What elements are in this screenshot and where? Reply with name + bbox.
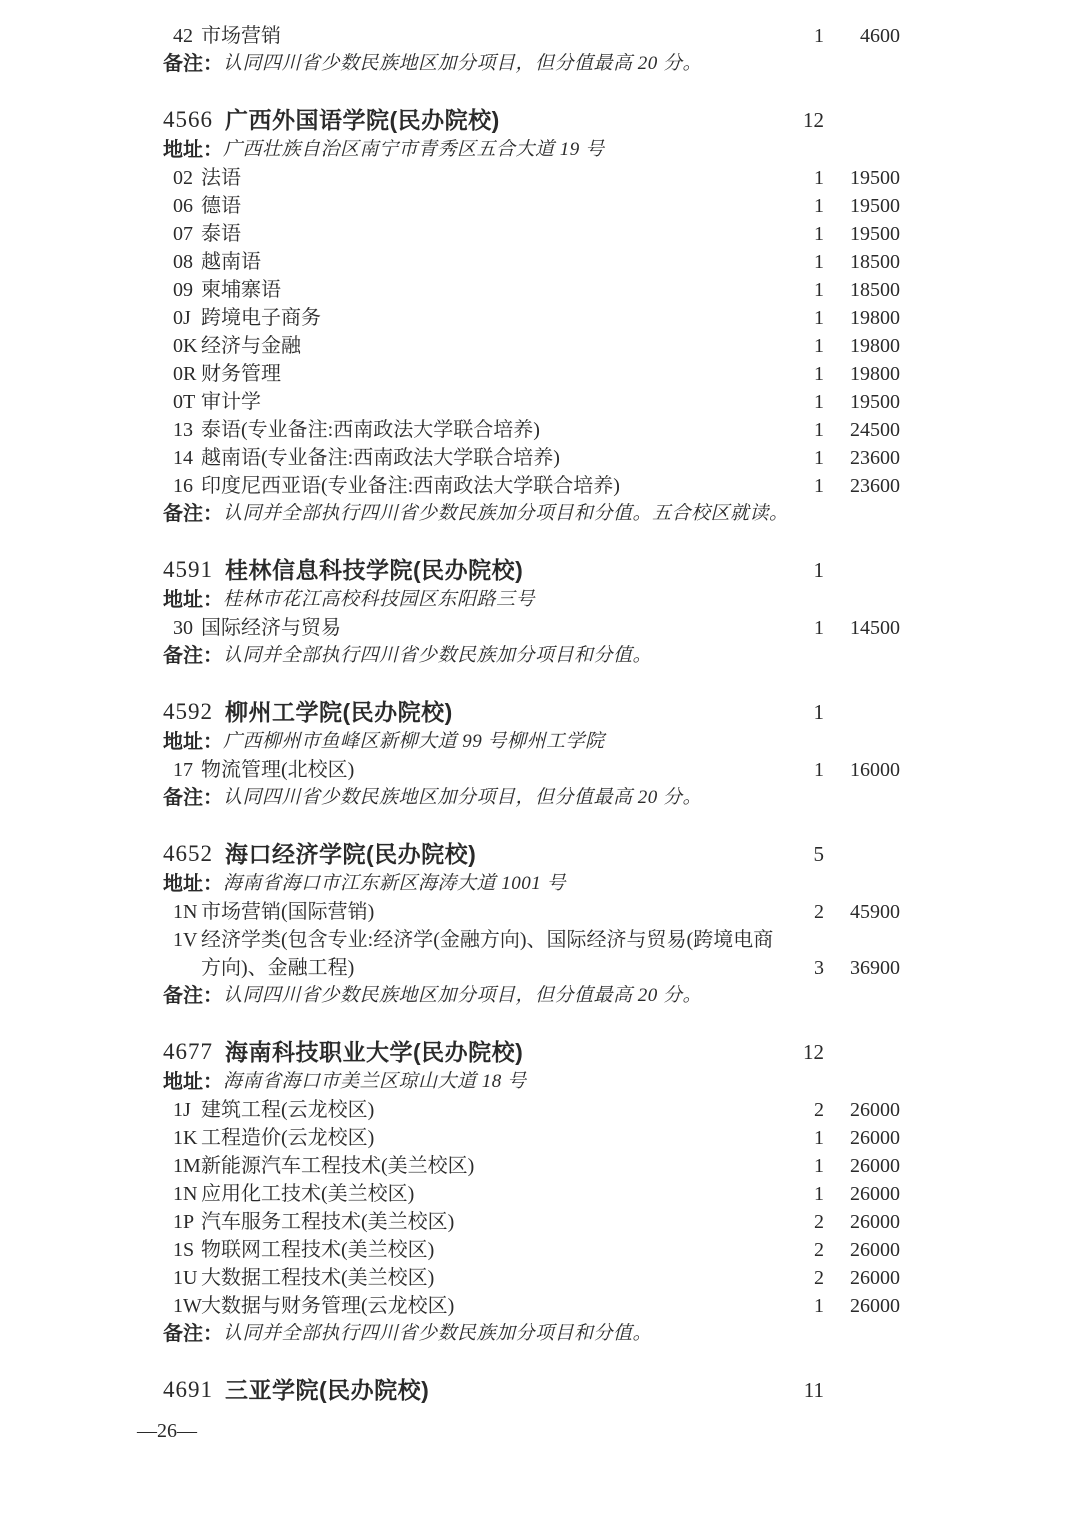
- program-code: 14: [173, 444, 201, 472]
- program-code: 1P: [173, 1208, 201, 1236]
- program-main: 07泰语: [163, 220, 784, 248]
- program-fee: 26000: [824, 1208, 900, 1236]
- school-block: 4592 柳州工学院(民办院校) 1 地址： 广西柳州市鱼峰区新柳大道 99 号…: [163, 696, 900, 812]
- program-code: 0K: [173, 332, 201, 360]
- program-fee: 19500: [824, 220, 900, 248]
- program-fee: 26000: [824, 1124, 900, 1152]
- program-row: 0J跨境电子商务 1 19800: [163, 304, 900, 332]
- school-total: 11: [784, 1374, 824, 1406]
- note-row: 备注： 认同并全部执行四川省少数民族加分项目和分值。五合校区就读。: [163, 500, 900, 528]
- school-block: 4566 广西外国语学院(民办院校) 12 地址： 广西壮族自治区南宁市青秀区五…: [163, 104, 900, 528]
- note-row: 备注： 认同四川省少数民族地区加分项目，但分值最高 20 分。: [163, 982, 900, 1010]
- school-header: 4566 广西外国语学院(民办院校) 12: [163, 104, 900, 136]
- program-code: 08: [173, 248, 201, 276]
- program-main: 1V经济学类(包含专业:经济学(金融方向)、国际经济与贸易(跨境电商方向)、金融…: [163, 926, 784, 982]
- program-code: 02: [173, 164, 201, 192]
- program-count: 1: [784, 220, 824, 248]
- program-row: 1P汽车服务工程技术(美兰校区) 2 26000: [163, 1208, 900, 1236]
- program-main: 16印度尼西亚语(专业备注:西南政法大学联合培养): [163, 472, 784, 500]
- program-list: 17物流管理(北校区) 1 16000: [163, 756, 900, 784]
- school-block: 4591 桂林信息科技学院(民办院校) 1 地址： 桂林市花江高校科技园区东阳路…: [163, 554, 900, 670]
- program-name: 财务管理: [201, 363, 281, 385]
- school-code: 4591: [163, 554, 213, 586]
- address-text: 桂林市花江高校科技园区东阳路三号: [223, 586, 900, 614]
- address-row: 地址： 桂林市花江高校科技园区东阳路三号: [163, 586, 900, 614]
- program-fee: 19500: [824, 164, 900, 192]
- program-fee: 26000: [824, 1096, 900, 1124]
- program-count: 1: [784, 416, 824, 444]
- school-name: 海南科技职业大学(民办院校): [225, 1036, 784, 1068]
- program-count: 1: [784, 444, 824, 472]
- program-row: 1W大数据与财务管理(云龙校区) 1 26000: [163, 1292, 900, 1320]
- program-code: 1U: [173, 1264, 201, 1292]
- program-name: 越南语(专业备注:西南政法大学联合培养): [201, 447, 560, 469]
- program-name: 德语: [201, 195, 241, 217]
- program-fee: 36900: [824, 954, 900, 982]
- program-count: 1: [784, 1180, 824, 1208]
- program-fee: 4600: [824, 22, 900, 50]
- program-fee: 26000: [824, 1180, 900, 1208]
- program-row: 09柬埔寨语 1 18500: [163, 276, 900, 304]
- note-label: 备注：: [163, 50, 223, 78]
- program-row: 08越南语 1 18500: [163, 248, 900, 276]
- address-label: 地址：: [163, 586, 223, 614]
- program-code: 1N: [173, 1180, 201, 1208]
- program-main: 08越南语: [163, 248, 784, 276]
- program-count: 1: [784, 756, 824, 784]
- school-code: 4566: [163, 104, 213, 136]
- program-count: 2: [784, 1208, 824, 1236]
- program-name: 跨境电子商务: [201, 307, 321, 329]
- program-fee: 16000: [824, 756, 900, 784]
- program-main: 0R财务管理: [163, 360, 784, 388]
- address-text: 海南省海口市江东新区海涛大道 1001 号: [223, 870, 900, 898]
- school-total: 12: [784, 1036, 824, 1068]
- school-total: 12: [784, 104, 824, 136]
- program-row: 02法语 1 19500: [163, 164, 900, 192]
- program-count: 1: [784, 360, 824, 388]
- school-code: 4677: [163, 1036, 213, 1068]
- program-code: 1M: [173, 1152, 201, 1180]
- program-count: 1: [784, 472, 824, 500]
- program-row: 1N市场营销(国际营销) 2 45900: [163, 898, 900, 926]
- program-count: 1: [784, 164, 824, 192]
- program-name: 印度尼西亚语(专业备注:西南政法大学联合培养): [201, 475, 620, 497]
- program-code: 06: [173, 192, 201, 220]
- program-fee: 26000: [824, 1264, 900, 1292]
- school-code: 4652: [163, 838, 213, 870]
- note-label: 备注：: [163, 784, 223, 812]
- program-code: 1S: [173, 1236, 201, 1264]
- program-main: 1N市场营销(国际营销): [163, 898, 784, 926]
- note-text: 认同四川省少数民族地区加分项目，但分值最高 20 分。: [223, 50, 900, 78]
- program-row: 0K经济与金融 1 19800: [163, 332, 900, 360]
- program-row: 16印度尼西亚语(专业备注:西南政法大学联合培养) 1 23600: [163, 472, 900, 500]
- school-list: 4566 广西外国语学院(民办院校) 12 地址： 广西壮族自治区南宁市青秀区五…: [163, 104, 900, 1406]
- note-text: 认同并全部执行四川省少数民族加分项目和分值。: [223, 1320, 900, 1348]
- program-main: 1S物联网工程技术(美兰校区): [163, 1236, 784, 1264]
- program-name: 新能源汽车工程技术(美兰校区): [201, 1155, 474, 1177]
- school-header: 4691 三亚学院(民办院校) 11: [163, 1374, 900, 1406]
- program-name: 经济与金融: [201, 335, 301, 357]
- note-text: 认同四川省少数民族地区加分项目，但分值最高 20 分。: [223, 982, 900, 1010]
- program-fee: 24500: [824, 416, 900, 444]
- program-fee: 26000: [824, 1292, 900, 1320]
- program-fee: 45900: [824, 898, 900, 926]
- address-label: 地址：: [163, 728, 223, 756]
- program-main: 1W大数据与财务管理(云龙校区): [163, 1292, 784, 1320]
- school-name: 广西外国语学院(民办院校): [225, 104, 784, 136]
- school-block: 4677 海南科技职业大学(民办院校) 12 地址： 海南省海口市美兰区琼山大道…: [163, 1036, 900, 1348]
- school-header: 4652 海口经济学院(民办院校) 5: [163, 838, 900, 870]
- note-row: 备注： 认同并全部执行四川省少数民族加分项目和分值。: [163, 1320, 900, 1348]
- note-label: 备注：: [163, 982, 223, 1010]
- program-code: 09: [173, 276, 201, 304]
- program-name: 工程造价(云龙校区): [201, 1127, 374, 1149]
- program-count: 1: [784, 248, 824, 276]
- program-row: 1U大数据工程技术(美兰校区) 2 26000: [163, 1264, 900, 1292]
- program-name: 泰语: [201, 223, 241, 245]
- program-name: 大数据与财务管理(云龙校区): [201, 1295, 454, 1317]
- school-name: 海口经济学院(民办院校): [225, 838, 784, 870]
- note-label: 备注：: [163, 500, 223, 528]
- program-row: 14越南语(专业备注:西南政法大学联合培养) 1 23600: [163, 444, 900, 472]
- program-name: 市场营销(国际营销): [201, 901, 374, 923]
- program-count: 1: [784, 614, 824, 642]
- program-code: 0R: [173, 360, 201, 388]
- program-row: 1V经济学类(包含专业:经济学(金融方向)、国际经济与贸易(跨境电商方向)、金融…: [163, 926, 900, 982]
- program-code: 1V: [173, 926, 201, 954]
- program-code: 13: [173, 416, 201, 444]
- program-main: 1U大数据工程技术(美兰校区): [163, 1264, 784, 1292]
- address-text: 广西壮族自治区南宁市青秀区五合大道 19 号: [223, 136, 900, 164]
- program-name: 大数据工程技术(美兰校区): [201, 1267, 434, 1289]
- program-list: 1J建筑工程(云龙校区) 2 26000 1K工程造价(云龙校区) 1 2600…: [163, 1096, 900, 1320]
- program-name: 汽车服务工程技术(美兰校区): [201, 1211, 454, 1233]
- program-main: 0J跨境电子商务: [163, 304, 784, 332]
- address-label: 地址：: [163, 1068, 223, 1096]
- program-code: 07: [173, 220, 201, 248]
- school-header: 4592 柳州工学院(民办院校) 1: [163, 696, 900, 728]
- note-text: 认同四川省少数民族地区加分项目，但分值最高 20 分。: [223, 784, 900, 812]
- program-main: 1K工程造价(云龙校区): [163, 1124, 784, 1152]
- note-label: 备注：: [163, 1320, 223, 1348]
- program-main: 09柬埔寨语: [163, 276, 784, 304]
- program-count: 1: [784, 332, 824, 360]
- program-row: 1K工程造价(云龙校区) 1 26000: [163, 1124, 900, 1152]
- program-fee: 26000: [824, 1152, 900, 1180]
- address-label: 地址：: [163, 136, 223, 164]
- program-fee: 19800: [824, 360, 900, 388]
- program-main: 0K经济与金融: [163, 332, 784, 360]
- program-row: 1J建筑工程(云龙校区) 2 26000: [163, 1096, 900, 1124]
- program-row: 07泰语 1 19500: [163, 220, 900, 248]
- program-code: 42: [173, 22, 201, 50]
- school-code: 4592: [163, 696, 213, 728]
- program-fee: 18500: [824, 248, 900, 276]
- program-row: 1M新能源汽车工程技术(美兰校区) 1 26000: [163, 1152, 900, 1180]
- program-name: 物联网工程技术(美兰校区): [201, 1239, 434, 1261]
- note-row: 备注： 认同四川省少数民族地区加分项目，但分值最高 20 分。: [163, 50, 900, 78]
- program-name: 法语: [201, 167, 241, 189]
- program-name: 泰语(专业备注:西南政法大学联合培养): [201, 419, 540, 441]
- note-label: 备注：: [163, 642, 223, 670]
- program-fee: 23600: [824, 444, 900, 472]
- program-main: 1P汽车服务工程技术(美兰校区): [163, 1208, 784, 1236]
- school-code: 4691: [163, 1374, 213, 1406]
- program-name: 审计学: [201, 391, 261, 413]
- address-label: 地址：: [163, 870, 223, 898]
- program-code: 30: [173, 614, 201, 642]
- address-row: 地址： 海南省海口市江东新区海涛大道 1001 号: [163, 870, 900, 898]
- program-main: 1N应用化工技术(美兰校区): [163, 1180, 784, 1208]
- page-number: —26—: [137, 1418, 874, 1444]
- school-header: 4677 海南科技职业大学(民办院校) 12: [163, 1036, 900, 1068]
- program-count: 1: [784, 22, 824, 50]
- program-code: 1W: [173, 1292, 201, 1320]
- school-header: 4591 桂林信息科技学院(民办院校) 1: [163, 554, 900, 586]
- address-text: 广西柳州市鱼峰区新柳大道 99 号柳州工学院: [223, 728, 900, 756]
- program-count: 2: [784, 1236, 824, 1264]
- program-code: 0T: [173, 388, 201, 416]
- school-name: 三亚学院(民办院校): [225, 1374, 784, 1406]
- program-count: 1: [784, 1292, 824, 1320]
- program-row: 13泰语(专业备注:西南政法大学联合培养) 1 24500: [163, 416, 900, 444]
- program-list: 30国际经济与贸易 1 14500: [163, 614, 900, 642]
- program-fee: 18500: [824, 276, 900, 304]
- program-list: 1N市场营销(国际营销) 2 45900 1V经济学类(包含专业:经济学(金融方…: [163, 898, 900, 982]
- school-name: 桂林信息科技学院(民办院校): [225, 554, 784, 586]
- program-name: 市场营销: [201, 25, 281, 47]
- program-row: 30国际经济与贸易 1 14500: [163, 614, 900, 642]
- address-row: 地址： 海南省海口市美兰区琼山大道 18 号: [163, 1068, 900, 1096]
- school-block: 4652 海口经济学院(民办院校) 5 地址： 海南省海口市江东新区海涛大道 1…: [163, 838, 900, 1010]
- program-code: 1N: [173, 898, 201, 926]
- program-name: 物流管理(北校区): [201, 759, 354, 781]
- program-count: 2: [784, 1096, 824, 1124]
- school-total: 1: [784, 696, 824, 728]
- program-count: 3: [784, 954, 824, 982]
- program-main: 30国际经济与贸易: [163, 614, 784, 642]
- address-text: 海南省海口市美兰区琼山大道 18 号: [223, 1068, 900, 1096]
- program-main: 0T审计学: [163, 388, 784, 416]
- program-count: 1: [784, 304, 824, 332]
- program-fee: 19500: [824, 388, 900, 416]
- program-row: 0R财务管理 1 19800: [163, 360, 900, 388]
- school-total: 5: [784, 838, 824, 870]
- program-fee: 19800: [824, 332, 900, 360]
- program-list: 02法语 1 19500 06德语 1 19500 07泰语 1 19500 0…: [163, 164, 900, 500]
- program-main: 06德语: [163, 192, 784, 220]
- program-count: 1: [784, 192, 824, 220]
- program-count: 2: [784, 898, 824, 926]
- school-name: 柳州工学院(民办院校): [225, 696, 784, 728]
- program-row: 0T审计学 1 19500: [163, 388, 900, 416]
- program-row: 1N应用化工技术(美兰校区) 1 26000: [163, 1180, 900, 1208]
- program-count: 2: [784, 1264, 824, 1292]
- program-code: 16: [173, 472, 201, 500]
- program-fee: 23600: [824, 472, 900, 500]
- program-main: 14越南语(专业备注:西南政法大学联合培养): [163, 444, 784, 472]
- program-code: 1J: [173, 1096, 201, 1124]
- address-row: 地址： 广西壮族自治区南宁市青秀区五合大道 19 号: [163, 136, 900, 164]
- program-fee: 19500: [824, 192, 900, 220]
- address-row: 地址： 广西柳州市鱼峰区新柳大道 99 号柳州工学院: [163, 728, 900, 756]
- program-name: 国际经济与贸易: [201, 617, 341, 639]
- program-main: 17物流管理(北校区): [163, 756, 784, 784]
- program-fee: 14500: [824, 614, 900, 642]
- school-block: 4691 三亚学院(民办院校) 11: [163, 1374, 900, 1406]
- note-row: 备注： 认同四川省少数民族地区加分项目，但分值最高 20 分。: [163, 784, 900, 812]
- program-count: 1: [784, 1124, 824, 1152]
- note-text: 认同并全部执行四川省少数民族加分项目和分值。五合校区就读。: [223, 500, 900, 528]
- program-fee: 26000: [824, 1236, 900, 1264]
- program-name: 越南语: [201, 251, 261, 273]
- program-name: 应用化工技术(美兰校区): [201, 1183, 414, 1205]
- program-main: 13泰语(专业备注:西南政法大学联合培养): [163, 416, 784, 444]
- program-row: 06德语 1 19500: [163, 192, 900, 220]
- program-count: 1: [784, 388, 824, 416]
- program-name: 建筑工程(云龙校区): [201, 1099, 374, 1121]
- program-name: 柬埔寨语: [201, 279, 281, 301]
- program-name: 经济学类(包含专业:经济学(金融方向)、国际经济与贸易(跨境电商方向)、金融工程…: [201, 929, 773, 979]
- document-page: 42市场营销 1 4600 备注： 认同四川省少数民族地区加分项目，但分值最高 …: [0, 0, 1080, 1527]
- program-fee: 19800: [824, 304, 900, 332]
- note-text: 认同并全部执行四川省少数民族加分项目和分值。: [223, 642, 900, 670]
- program-code: 1K: [173, 1124, 201, 1152]
- program-main: 1M新能源汽车工程技术(美兰校区): [163, 1152, 784, 1180]
- school-total: 1: [784, 554, 824, 586]
- program-main: 42市场营销: [163, 22, 784, 50]
- program-main: 1J建筑工程(云龙校区): [163, 1096, 784, 1124]
- note-row: 备注： 认同并全部执行四川省少数民族加分项目和分值。: [163, 642, 900, 670]
- program-row: 17物流管理(北校区) 1 16000: [163, 756, 900, 784]
- program-count: 1: [784, 1152, 824, 1180]
- program-main: 02法语: [163, 164, 784, 192]
- program-code: 17: [173, 756, 201, 784]
- program-code: 0J: [173, 304, 201, 332]
- program-row: 1S物联网工程技术(美兰校区) 2 26000: [163, 1236, 900, 1264]
- program-row: 42市场营销 1 4600: [163, 22, 900, 50]
- program-count: 1: [784, 276, 824, 304]
